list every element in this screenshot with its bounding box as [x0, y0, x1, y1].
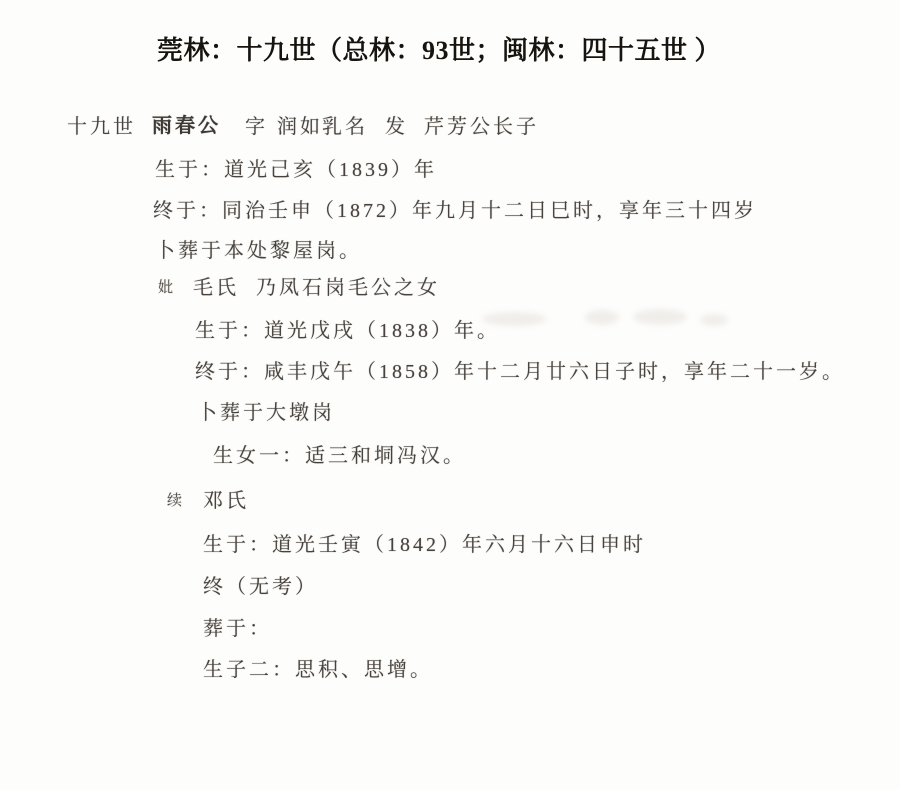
scan-smudge — [585, 310, 619, 325]
page-title: 莞林：十九世（总林：93世；闽林：四十五世 ） — [157, 30, 721, 67]
milk-name-label: 乳名 — [322, 110, 368, 139]
consort1-death-line: 终于：咸丰戊午（1858）年十二月廿六日子时，享年二十一岁。 — [195, 355, 845, 384]
person-death-line: 终于：同治壬申（1872）年九月十二日巳时，享年三十四岁 — [153, 194, 757, 223]
consort1-burial-line: 卜葬于大墩岗 — [197, 396, 335, 425]
consort1-label: 妣 — [158, 276, 174, 297]
consort1-origin: 乃凤石岗毛公之女 — [256, 271, 440, 300]
consort2-death-line: 终（无考） — [203, 570, 318, 599]
consort2-birth-line: 生于：道光壬寅（1842）年六月十六日申时 — [203, 528, 646, 557]
consort1-name: 毛氏 — [193, 271, 239, 300]
courtesy-name: 润如 — [277, 110, 323, 139]
generation-label: 十九世 — [67, 110, 136, 139]
scan-smudge — [700, 314, 728, 326]
document-page: 莞林：十九世（总林：93世；闽林：四十五世 ） 十九世 雨春公 字 润如 乳名 … — [0, 0, 900, 790]
consort1-offspring-line: 生女一：适三和垌冯汉。 — [213, 439, 466, 468]
consort1-birth-line: 生于：道光戊戌（1838）年。 — [195, 314, 500, 343]
consort2-offspring-line: 生子二：思积、思增。 — [203, 653, 433, 682]
consort2-burial-line: 葬于： — [203, 612, 272, 641]
person-birth-line: 生于：道光己亥（1839）年 — [155, 153, 437, 182]
courtesy-name-label: 字 — [245, 110, 268, 139]
person-name: 雨春公 — [152, 109, 221, 138]
lineage-note: 芹芳公长子 — [424, 110, 539, 139]
scan-smudge — [633, 309, 687, 325]
person-burial-line: 卜葬于本处黎屋岗。 — [155, 234, 362, 263]
consort2-label: 续 — [167, 489, 183, 510]
scan-smudge — [482, 312, 546, 326]
milk-name: 发 — [385, 110, 408, 139]
consort2-name: 邓氏 — [203, 484, 249, 513]
